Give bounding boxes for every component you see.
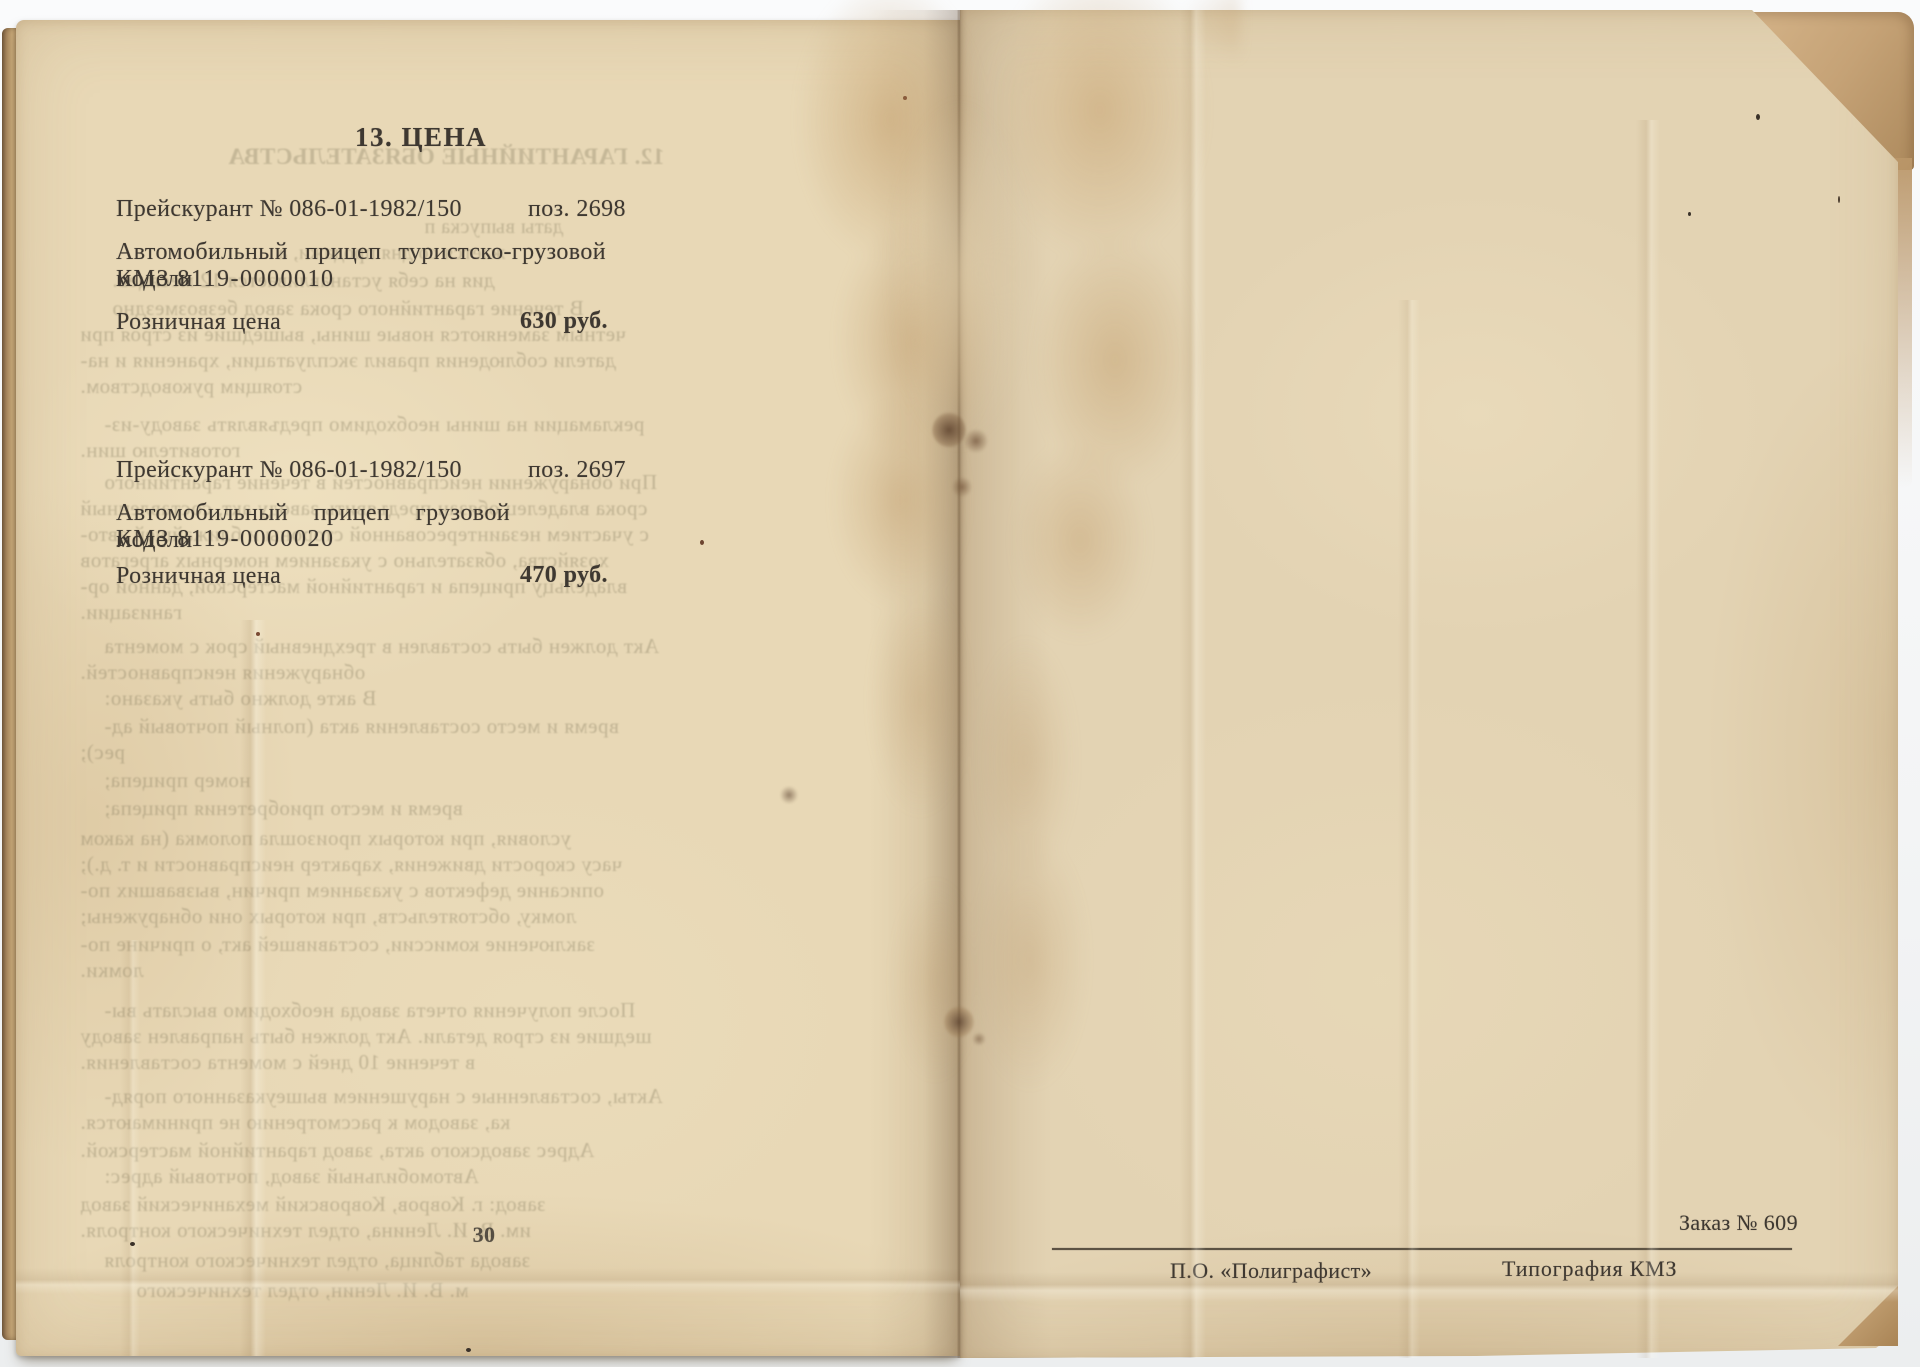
product-model-2: КМЗ 8119-0000020 [116,526,334,553]
paper-speck [256,632,260,636]
price-value-1: 630 руб. [520,308,608,335]
printing-house-name: П.О. «Полиграфист» [1170,1258,1372,1284]
right-page-content: Заказ № 609 П.О. «Полиграфист» Типографи… [960,10,1898,1358]
position-number-2: поз. 2697 [528,457,626,484]
paper-speck [700,540,704,545]
paper-speck [1688,212,1691,216]
product-model-1: КМЗ 8119-0000010 [116,266,334,293]
price-label-2: Розничная цена [116,563,281,590]
section-title: 13. ЦЕНА [256,122,586,153]
price-label-1: Розничная цена [116,309,281,336]
typography-name: Типография КМЗ [1502,1256,1677,1282]
paper-speck [1756,114,1760,120]
right-page: Заказ № 609 П.О. «Полиграфист» Типографи… [960,10,1898,1358]
pricelist-number-1: Прейскурант № 086-01-1982/150 [116,196,462,223]
position-number-1: поз. 2698 [528,196,626,223]
left-page-content: 13. ЦЕНА Прейскурант № 086-01-1982/150 п… [16,20,960,1356]
paper-speck [466,1348,471,1352]
print-order-number: Заказ № 609 [1608,1210,1798,1236]
paper-speck [1838,196,1840,203]
left-page: 12. ГАРАНТИЙНЫЕ ОБЯЗАТЕЛЬСТВАдаты выпуск… [16,20,960,1356]
pricelist-number-2: Прейскурант № 086-01-1982/150 [116,457,462,484]
paper-speck [130,1242,135,1246]
imprint-divider-rule [1052,1248,1792,1250]
scanned-book-spread: 12. ГАРАНТИЙНЫЕ ОБЯЗАТЕЛЬСТВАдаты выпуск… [0,0,1920,1367]
paper-speck [903,96,907,100]
page-number: 30 [454,1222,514,1248]
price-value-2: 470 руб. [520,562,608,589]
